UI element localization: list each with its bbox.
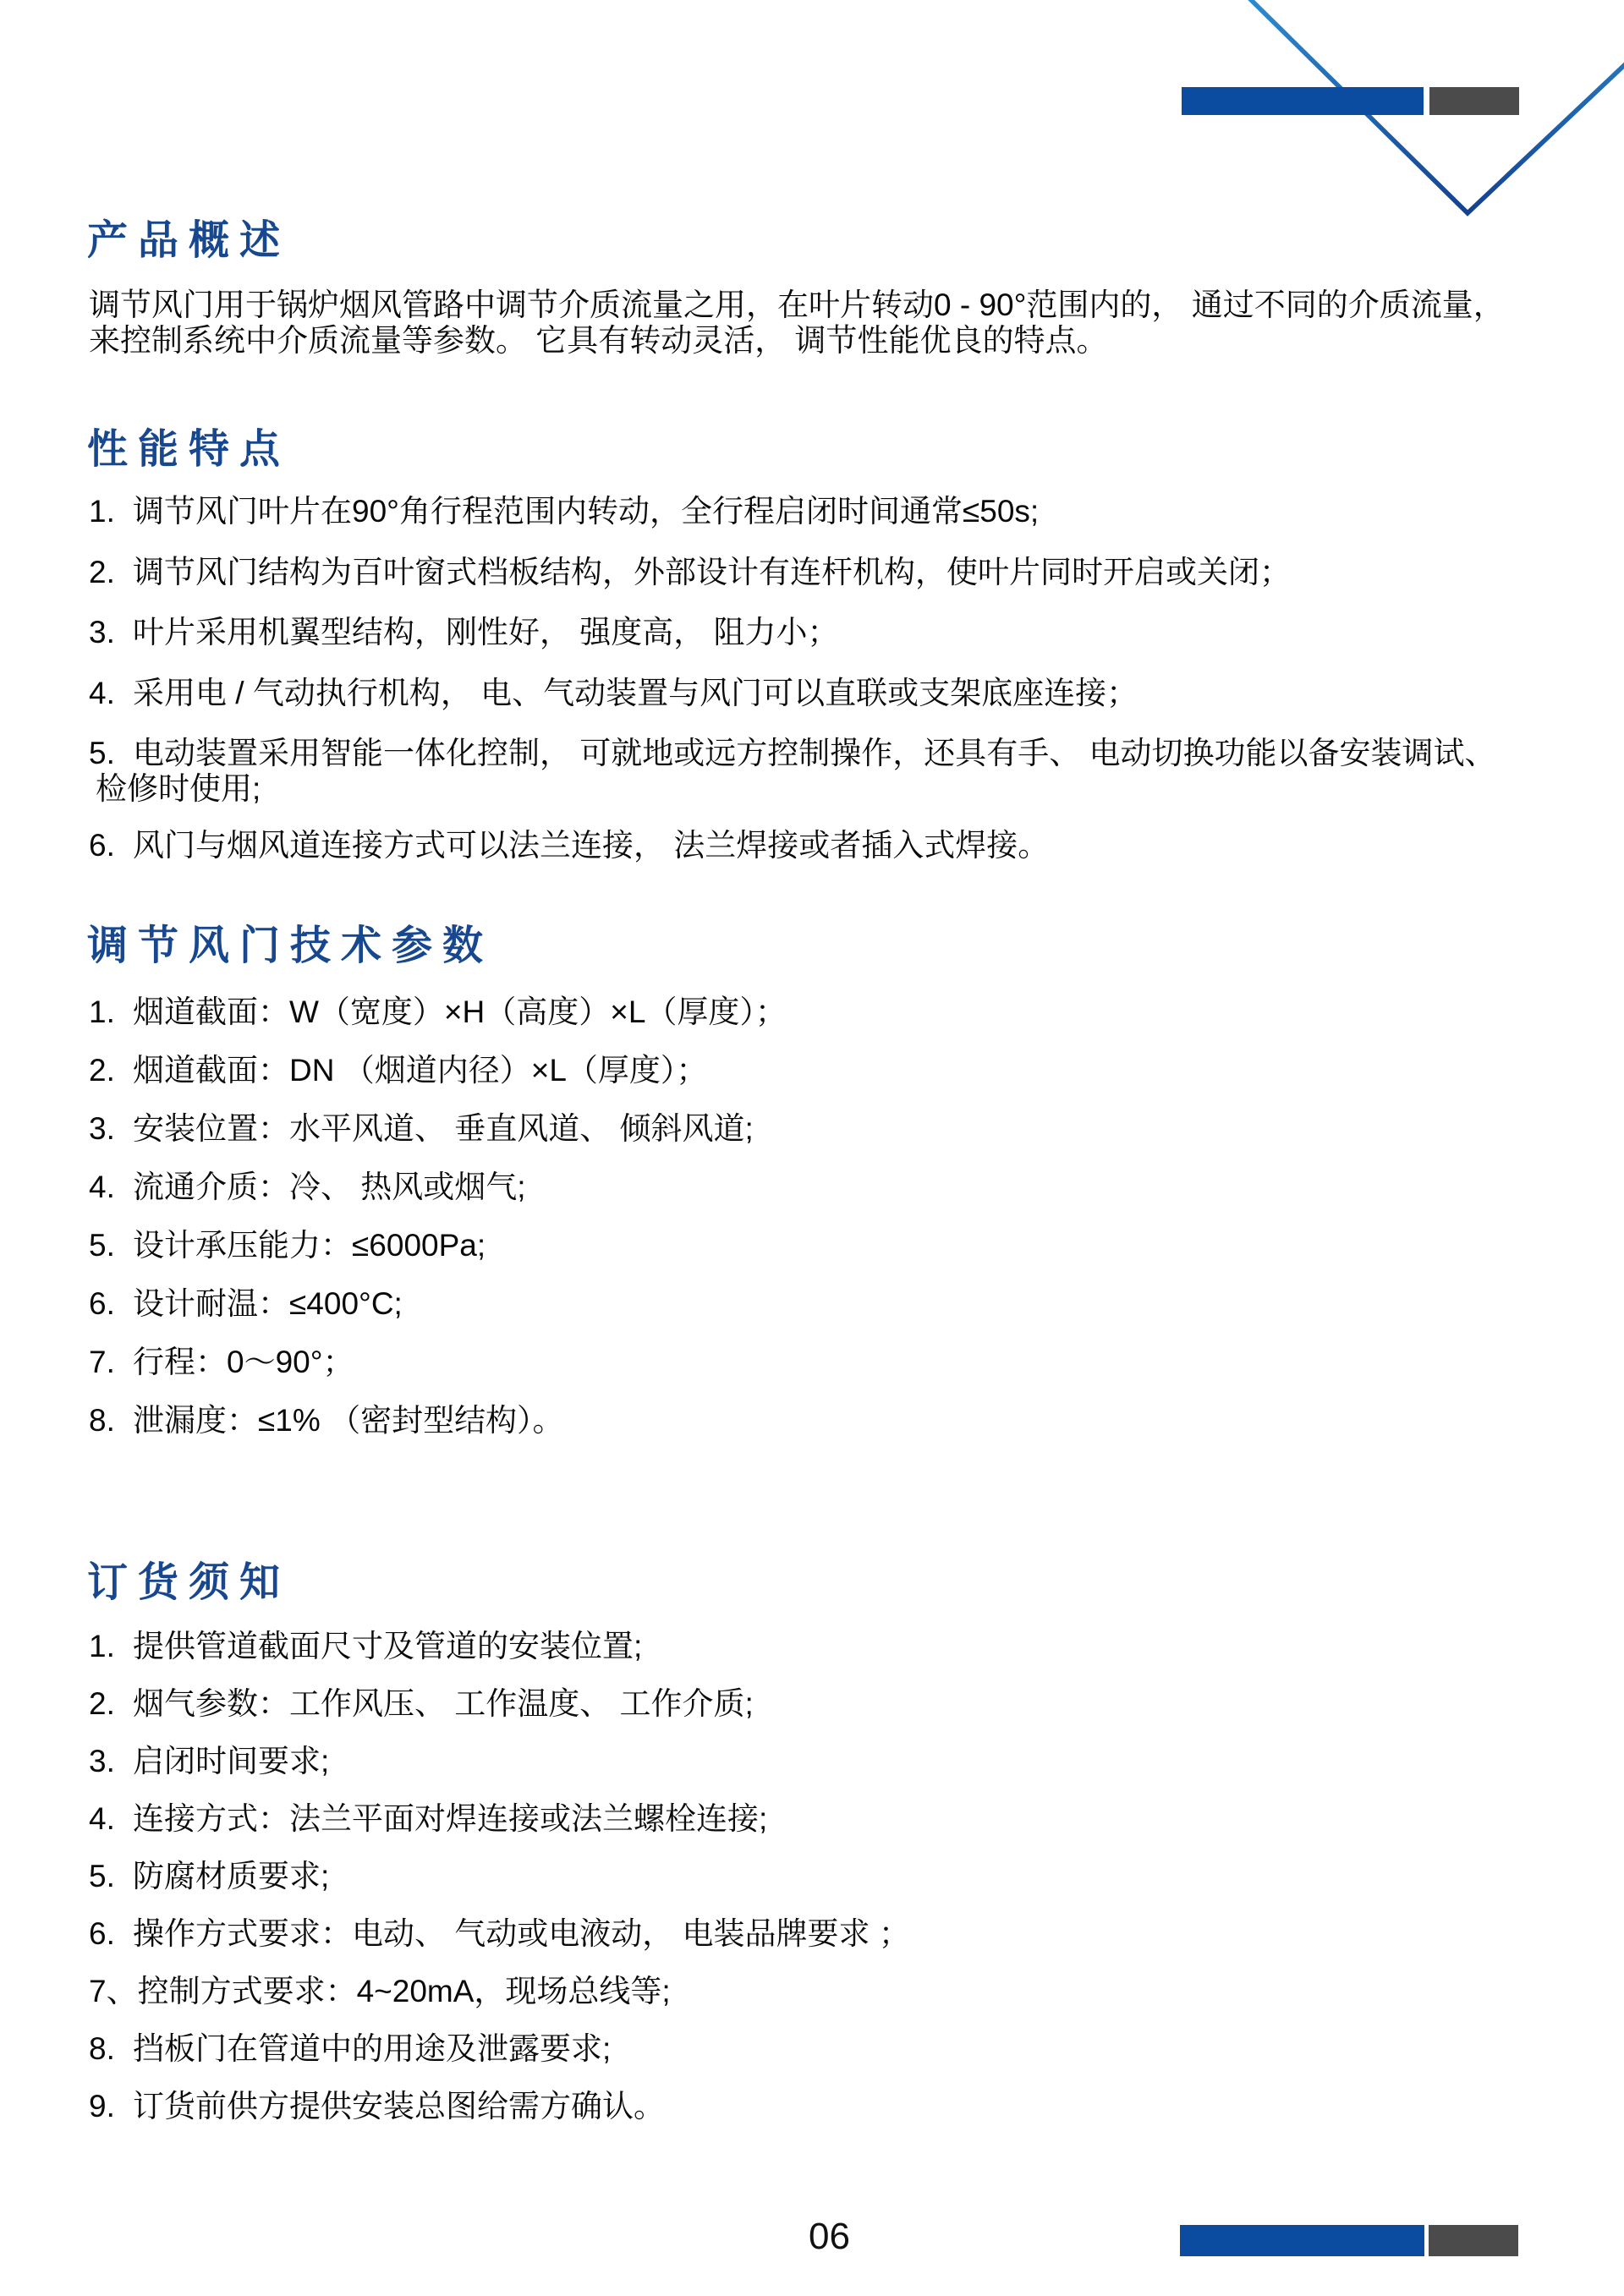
list-item-number: 3. xyxy=(89,1111,133,1147)
list-item-number: 4. xyxy=(89,1801,133,1837)
order-list-item: 1. 提供管道截面尺寸及管道的安装位置; xyxy=(89,1629,642,1664)
list-item-text: 烟道截面：DN （烟道内径）×L（厚度）； xyxy=(133,1053,707,1088)
order-list-item: 4. 连接方式：法兰平面对焊连接或法兰螺栓连接; xyxy=(89,1801,767,1837)
order-list-item: 9. 订货前供方提供安装总图给需方确认。 xyxy=(89,2089,665,2124)
list-item-text: 调节风门结构为百叶窗式档板结构，外部设计有连杆机构，使叶片同时开启或关闭； xyxy=(133,555,1291,590)
list-item-text: 流通介质：冷、 热风或烟气; xyxy=(133,1170,526,1205)
feature-list-item: 5. 电动装置采用智能一体化控制， 可就地或远方控制操作，还具有手、 电动切换功… xyxy=(89,736,1496,771)
list-item-number: 5. xyxy=(89,736,133,771)
list-item-text: 订货前供方提供安装总图给需方确认。 xyxy=(133,2089,665,2124)
tech-list-item: 7. 行程：0～90°； xyxy=(89,1345,354,1380)
tech-list-item: 8. 泄漏度：≤1% （密封型结构）。 xyxy=(89,1403,564,1438)
list-item-text: 检修时使用; xyxy=(96,771,261,807)
page-number: 06 xyxy=(809,2217,850,2256)
tech-list-item: 4. 流通介质：冷、 热风或烟气; xyxy=(89,1170,526,1205)
footer-bar-blue-icon xyxy=(1180,2225,1424,2256)
document-page: 产品概述 调节风门用于锅炉烟风管路中调节介质流量之用，在叶片转动0 - 90°范… xyxy=(0,0,1624,2296)
list-item-number: 5. xyxy=(89,1859,133,1894)
list-item-text: 安装位置：水平风道、 垂直风道、 倾斜风道; xyxy=(133,1111,754,1147)
tech-list-item: 1. 烟道截面：W（宽度）×H（高度）×L（厚度）； xyxy=(89,995,787,1030)
list-item-number: 7、 xyxy=(89,1974,138,2009)
order-list-item: 5. 防腐材质要求; xyxy=(89,1859,329,1894)
feature-list-item: 6. 风门与烟风道连接方式可以法兰连接， 法兰焊接或者插入式焊接。 xyxy=(89,828,1049,863)
tech-list-item: 5. 设计承压能力：≤6000Pa; xyxy=(89,1228,486,1263)
tech-list-item: 2. 烟道截面：DN （烟道内径）×L（厚度）； xyxy=(89,1053,707,1088)
section-title-order-notes: 订货须知 xyxy=(87,1559,290,1607)
list-item-text: 叶片采用机翼型结构，刚性好， 强度高， 阻力小； xyxy=(133,615,839,650)
list-item-number: 8. xyxy=(89,2031,133,2067)
list-item-text: 连接方式：法兰平面对焊连接或法兰螺栓连接; xyxy=(133,1801,767,1837)
list-item-text: 提供管道截面尺寸及管道的安装位置; xyxy=(133,1629,642,1664)
list-item-text: 挡板门在管道中的用途及泄露要求; xyxy=(133,2031,611,2067)
footer-bar-gray-icon xyxy=(1429,2225,1518,2256)
list-item-text: 启闭时间要求; xyxy=(133,1744,329,1779)
section-title-overview: 产品概述 xyxy=(87,217,290,265)
overview-paragraph-line: 调节风门用于锅炉烟风管路中调节介质流量之用，在叶片转动0 - 90°范围内的， … xyxy=(89,288,1505,323)
list-item-text: 操作方式要求：电动、 气动或电液动， 电装品牌要求 ； xyxy=(133,1916,910,1952)
list-item-number: 4. xyxy=(89,1170,133,1205)
tech-list-item: 6. 设计耐温：≤400°C; xyxy=(89,1286,403,1322)
list-item-number: 6. xyxy=(89,1286,133,1322)
list-item-number: 3. xyxy=(89,615,133,650)
order-list-item: 7、 控制方式要求：4~20mA，现场总线等; xyxy=(89,1974,671,2009)
list-item-text: 采用电 / 气动执行机构， 电、气动装置与风门可以直联或支架底座连接； xyxy=(133,676,1138,711)
list-item-number: 2. xyxy=(89,1686,133,1722)
list-item-number: 3. xyxy=(89,1744,133,1779)
list-item-text: 控制方式要求：4~20mA，现场总线等; xyxy=(138,1974,671,2009)
order-list-item: 2. 烟气参数：工作风压、 工作温度、 工作介质; xyxy=(89,1686,754,1722)
feature-list-item: 3. 叶片采用机翼型结构，刚性好， 强度高， 阻力小； xyxy=(89,615,839,650)
feature-list-item: 1. 调节风门叶片在90°角行程范围内转动，全行程启闭时间通常≤50s; xyxy=(89,494,1039,529)
order-list-item: 8. 挡板门在管道中的用途及泄露要求; xyxy=(89,2031,611,2067)
list-item-text: 电动装置采用智能一体化控制， 可就地或远方控制操作，还具有手、 电动切换功能以备… xyxy=(133,736,1496,771)
list-item-number: 6. xyxy=(89,1916,133,1952)
overview-paragraph-line: 来控制系统中介质流量等参数。 它具有转动灵活， 调节性能优良的特点。 xyxy=(89,323,1108,359)
header-bar-blue-icon xyxy=(1182,87,1424,115)
list-item-number: 6. xyxy=(89,828,133,863)
list-item-text: 调节风门叶片在90°角行程范围内转动，全行程启闭时间通常≤50s; xyxy=(133,494,1039,529)
list-item-text: 设计承压能力：≤6000Pa; xyxy=(133,1228,486,1263)
list-item-number: 2. xyxy=(89,555,133,590)
order-list-item: 3. 启闭时间要求; xyxy=(89,1744,329,1779)
list-item-number: 5. xyxy=(89,1228,133,1263)
list-item-number: 1. xyxy=(89,1629,133,1664)
feature-list-item: 4. 采用电 / 气动执行机构， 电、气动装置与风门可以直联或支架底座连接； xyxy=(89,676,1138,711)
list-item-number: 9. xyxy=(89,2089,133,2124)
list-item-text: 风门与烟风道连接方式可以法兰连接， 法兰焊接或者插入式焊接。 xyxy=(133,828,1049,863)
list-item-text: 烟道截面：W（宽度）×H（高度）×L（厚度）； xyxy=(133,995,787,1030)
list-item-text: 行程：0～90°； xyxy=(133,1345,354,1380)
feature-list-item-continuation: 检修时使用; xyxy=(96,771,261,807)
list-item-number: 1. xyxy=(89,494,133,529)
list-item-text: 设计耐温：≤400°C; xyxy=(133,1286,403,1322)
feature-list-item: 2. 调节风门结构为百叶窗式档板结构，外部设计有连杆机构，使叶片同时开启或关闭； xyxy=(89,555,1291,590)
section-title-tech-params: 调节风门技术参数 xyxy=(87,923,493,970)
list-item-text: 泄漏度：≤1% （密封型结构）。 xyxy=(133,1403,564,1438)
list-item-number: 8. xyxy=(89,1403,133,1438)
list-item-number: 2. xyxy=(89,1053,133,1088)
tech-list-item: 3. 安装位置：水平风道、 垂直风道、 倾斜风道; xyxy=(89,1111,754,1147)
list-item-text: 防腐材质要求; xyxy=(133,1859,329,1894)
section-title-features: 性能特点 xyxy=(87,426,290,474)
header-bar-gray-icon xyxy=(1429,87,1519,115)
list-item-number: 7. xyxy=(89,1345,133,1380)
list-item-text: 烟气参数：工作风压、 工作温度、 工作介质; xyxy=(133,1686,754,1722)
list-item-number: 4. xyxy=(89,676,133,711)
list-item-number: 1. xyxy=(89,995,133,1030)
order-list-item: 6. 操作方式要求：电动、 气动或电液动， 电装品牌要求 ； xyxy=(89,1916,910,1952)
